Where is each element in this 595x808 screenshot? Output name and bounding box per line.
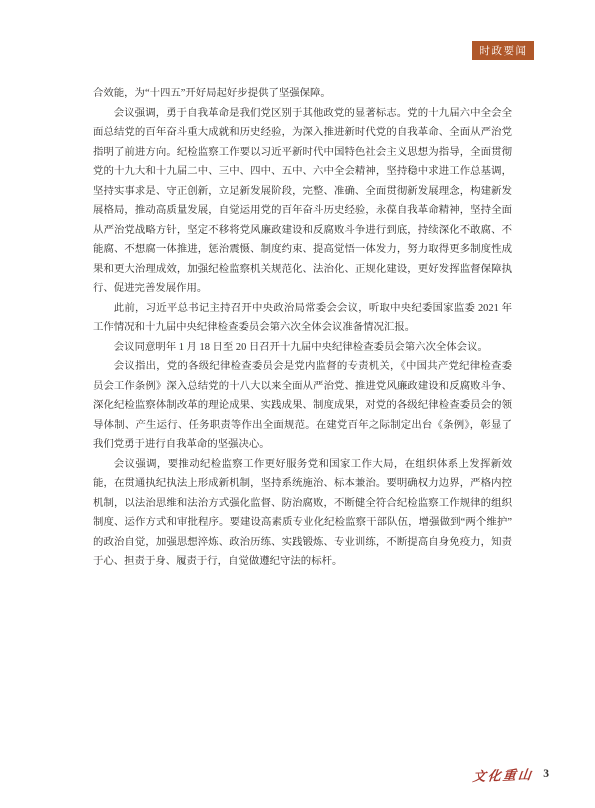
- page-number: 3: [543, 768, 549, 780]
- body-paragraph: 合效能，为“十四五”开好局起好步提供了坚强保障。: [93, 84, 512, 104]
- section-category-badge: 时政要闻: [472, 41, 534, 60]
- body-paragraph: 此前，习近平总书记主持召开中央政治局常委会会议，听取中央纪委国家监委 2021 …: [93, 299, 512, 338]
- page-footer: 文化重山 3: [0, 762, 595, 786]
- body-paragraph: 会议强调，要推动纪检监察工作更好服务党和国家工作大局，在组织体系上发挥新效能，在…: [93, 455, 512, 572]
- body-paragraph: 会议同意明年 1 月 18 日至 20 日召开十九届中央纪律检查委员会第六次全体…: [93, 338, 512, 358]
- document-page: 时政要闻 合效能，为“十四五”开好局起好步提供了坚强保障。 会议强调，勇于自我革…: [0, 0, 595, 808]
- body-paragraph: 会议强调，勇于自我革命是我们党区别于其他政党的显著标志。党的十九届六中全会全面总…: [93, 104, 512, 299]
- publication-logo: 文化重山: [472, 763, 534, 784]
- body-paragraph: 会议指出，党的各级纪律检查委员会是党内监督的专责机关，《中国共产党纪律检查委员会…: [93, 357, 512, 455]
- article-body: 合效能，为“十四五”开好局起好步提供了坚强保障。 会议强调，勇于自我革命是我们党…: [93, 84, 512, 572]
